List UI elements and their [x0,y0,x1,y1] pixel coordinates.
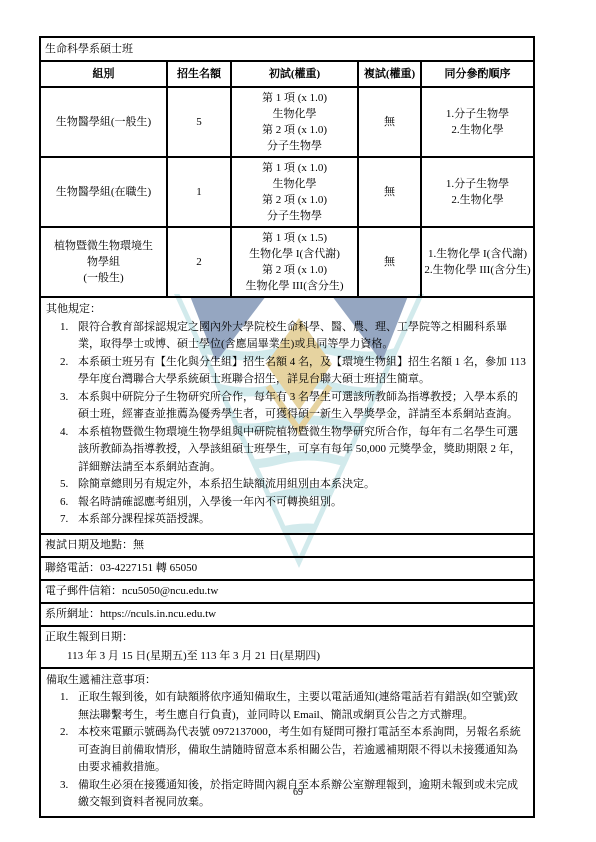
second-exam-date-row: 複試日期及地點：無 [41,535,533,558]
email-row: 電子郵件信箱：ncu5050@ncu.edu.tw [41,581,533,604]
website-row: 系所網址：https://nculs.in.ncu.edu.tw [41,604,533,627]
rule-text: 本系植物暨微生物環境生物學組與中研院植物暨微生物學研究所合作，每年有二名學生可選… [78,426,521,473]
tiebreak-cell: 1.分子生物學 2.生物化學 [421,157,533,227]
standby-number: 2. [60,724,68,742]
quota-cell: 5 [167,87,231,157]
email-label: 電子郵件信箱： [45,585,122,597]
rule-text: 本系部分課程採英語授課。 [78,513,210,525]
rule-number: 5. [60,476,68,494]
rule-item: 6. 報名時請確認應考組別，入學後一年內不可轉換組別。 [45,494,527,512]
standby-notes-label: 備取生遞補注意事項： [45,672,527,690]
first-exam-cell: 第 1 項 (x 1.0) 生物化學 第 2 項 (x 1.0) 分子生物學 [231,87,358,157]
rule-number: 1. [60,319,68,337]
col-header-first-exam: 初試(權重) [231,62,358,87]
contact-phone-row: 聯絡電話：03-4227151 轉 65050 [41,558,533,581]
admission-table: 組別 招生名額 初試(權重) 複試(權重) 同分參酌順序 生物醫學組(一般生) … [41,62,533,298]
rule-item: 2. 本系碩士班另有【生化與分生組】招生名額 4 名，及【環境生物組】招生名額 … [45,354,527,389]
website-value: https://nculs.in.ncu.edu.tw [100,608,216,620]
second-exam-cell: 無 [358,227,421,297]
second-exam-date-label: 複試日期及地點： [45,539,133,551]
rule-text: 報名時請確認應考組別，入學後一年內不可轉換組別。 [78,496,342,508]
rule-number: 7. [60,511,68,529]
second-exam-date-value: 無 [133,539,144,551]
email-value: ncu5050@ncu.edu.tw [122,585,218,597]
rule-number: 4. [60,424,68,442]
standby-number: 1. [60,689,68,707]
report-date-label: 正取生報到日期： [45,630,529,645]
rule-text: 限符合教育部採認規定之國內外大學院校生命科學、醫、農、理、工學院等之相關科系畢業… [78,321,507,351]
document-page: 生命科學系碩士班 組別 招生名額 初試(權重) 複試(權重) 同分參酌順序 生物… [0,0,596,842]
rule-number: 3. [60,389,68,407]
rule-item: 5. 除簡章總則另有規定外，本系招生缺額流用組別由本系決定。 [45,476,527,494]
standby-item: 2. 本校來電顯示號碼為代表號 0972137000，考生如有疑問可撥打電話至本… [45,724,527,777]
second-exam-cell: 無 [358,87,421,157]
rule-item: 4. 本系植物暨微生物環境生物學組與中研院植物暨微生物學研究所合作，每年有二名學… [45,424,527,477]
tiebreak-cell: 1.分子生物學 2.生物化學 [421,87,533,157]
group-cell: 生物醫學組(在職生) [41,157,167,227]
second-exam-cell: 無 [358,157,421,227]
other-rules-section: 其他規定： 1. 限符合教育部採認規定之國內外大學院校生命科學、醫、農、理、工學… [41,298,533,535]
quota-cell: 2 [167,227,231,297]
rule-number: 2. [60,354,68,372]
report-date-row: 正取生報到日期： 113 年 3 月 15 日(星期五)至 113 年 3 月 … [41,627,533,669]
rule-number: 6. [60,494,68,512]
standby-text: 本校來電顯示號碼為代表號 0972137000，考生如有疑問可撥打電話至本系詢問… [78,726,521,773]
first-exam-cell: 第 1 項 (x 1.5) 生物化學 I(含代謝) 第 2 項 (x 1.0) … [231,227,358,297]
rule-text: 本系與中研院分子生物研究所合作，每年有 3 名學生可選該所教師為指導教授；入學本… [78,391,518,421]
table-header-row: 組別 招生名額 初試(權重) 複試(權重) 同分參酌順序 [41,62,533,87]
other-rules-label: 其他規定： [45,301,527,319]
tiebreak-cell: 1.生物化學 I(含代謝) 2.生物化學 III(含分生) [421,227,533,297]
contact-phone-value: 03-4227151 轉 65050 [100,562,197,574]
table-row: 植物暨微生物環境生 物學組 (一般生) 2 第 1 項 (x 1.5) 生物化學… [41,227,533,297]
col-header-quota: 招生名額 [167,62,231,87]
first-exam-cell: 第 1 項 (x 1.0) 生物化學 第 2 項 (x 1.0) 分子生物學 [231,157,358,227]
table-row: 生物醫學組(一般生) 5 第 1 項 (x 1.0) 生物化學 第 2 項 (x… [41,87,533,157]
table-row: 生物醫學組(在職生) 1 第 1 項 (x 1.0) 生物化學 第 2 項 (x… [41,157,533,227]
group-cell: 生物醫學組(一般生) [41,87,167,157]
group-cell: 植物暨微生物環境生 物學組 (一般生) [41,227,167,297]
rule-text: 本系碩士班另有【生化與分生組】招生名額 4 名，及【環境生物組】招生名額 1 名… [78,356,526,386]
admission-document-frame: 生命科學系碩士班 組別 招生名額 初試(權重) 複試(權重) 同分參酌順序 生物… [39,36,535,818]
rule-text: 除簡章總則另有規定外，本系招生缺額流用組別由本系決定。 [78,478,375,490]
page-number: 69 [0,787,596,798]
department-title: 生命科學系碩士班 [41,38,533,62]
col-header-second-exam: 複試(權重) [358,62,421,87]
rule-item: 7. 本系部分課程採英語授課。 [45,511,527,529]
website-label: 系所網址： [45,608,100,620]
contact-phone-label: 聯絡電話： [45,562,100,574]
rule-item: 3. 本系與中研院分子生物研究所合作，每年有 3 名學生可選該所教師為指導教授；… [45,389,527,424]
col-header-tiebreak: 同分參酌順序 [421,62,533,87]
report-date-value: 113 年 3 月 15 日(星期五)至 113 年 3 月 21 日(星期四) [45,645,529,664]
standby-text: 正取生報到後，如有缺額將依序通知備取生，主要以電話通知(連絡電話若有錯誤(如空號… [78,691,518,721]
standby-item: 1. 正取生報到後，如有缺額將依序通知備取生，主要以電話通知(連絡電話若有錯誤(… [45,689,527,724]
col-header-group: 組別 [41,62,167,87]
quota-cell: 1 [167,157,231,227]
rule-item: 1. 限符合教育部採認規定之國內外大學院校生命科學、醫、農、理、工學院等之相關科… [45,319,527,354]
